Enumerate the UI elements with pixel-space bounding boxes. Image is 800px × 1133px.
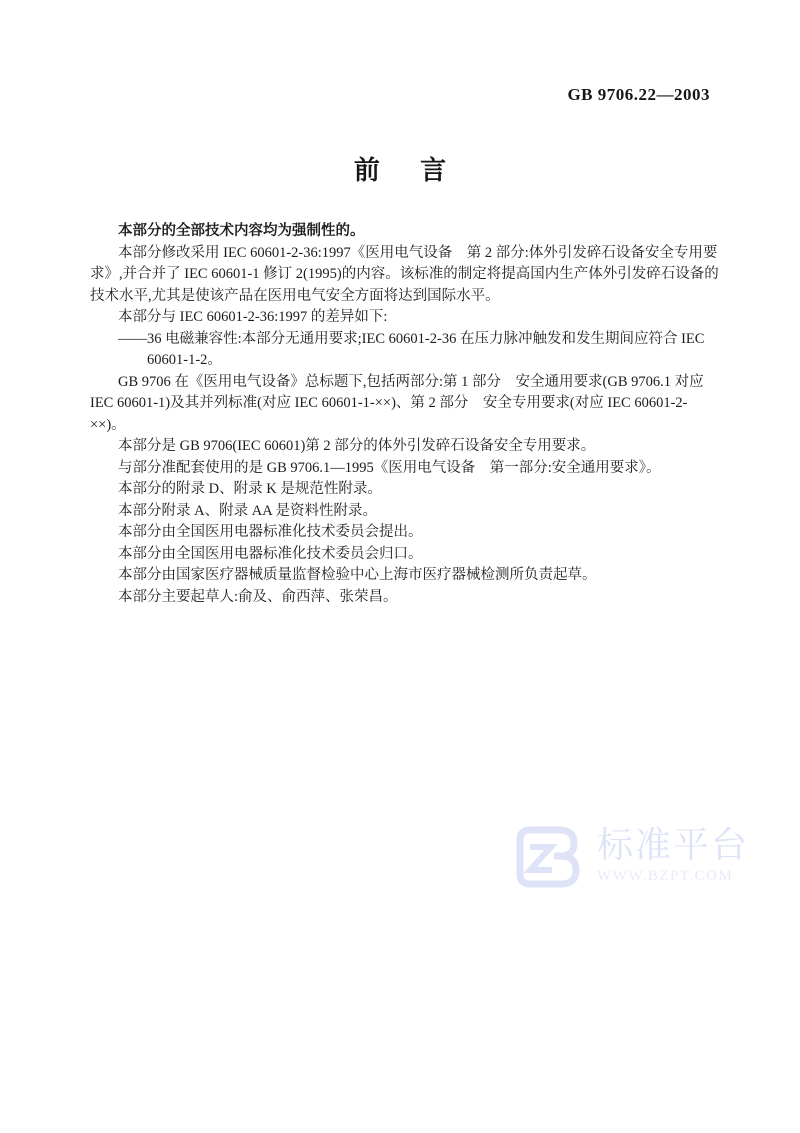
body-line: 本部分是 GB 9706(IEC 60601)第 2 部分的体外引发碎石设备安全… (90, 436, 712, 458)
watermark: 标准平台 WWW.BZPT.COM (514, 825, 749, 889)
body-line: 本部分的附录 D、附录 K 是规范性附录。 (90, 479, 712, 501)
watermark-text-block: 标准平台 WWW.BZPT.COM (597, 825, 749, 885)
body-line: 本部分的全部技术内容均为强制性的。 (90, 221, 712, 243)
bzpt-logo-icon (514, 825, 590, 889)
foreword-body: 本部分的全部技术内容均为强制性的。 本部分修改采用 IEC 60601-2-36… (90, 221, 712, 608)
body-line: GB 9706 在《医用电气设备》总标题下,包括两部分:第 1 部分 安全通用要… (90, 372, 712, 394)
body-line: 本部分由全国医用电器标准化技术委员会归口。 (90, 544, 712, 566)
body-line: 与部分准配套使用的是 GB 9706.1—1995《医用电气设备 第一部分:安全… (90, 458, 712, 480)
body-line: IEC 60601-1)及其并列标准(对应 IEC 60601-1-××)、第 … (90, 393, 712, 415)
body-line: 本部分由全国医用电器标准化技术委员会提出。 (90, 522, 712, 544)
body-line: 技术水平,尤其是使该产品在医用电气安全方面将达到国际水平。 (90, 286, 712, 308)
body-line: ——36 电磁兼容性:本部分无通用要求;IEC 60601-2-36 在压力脉冲… (90, 329, 712, 351)
document-page: GB 9706.22—2003 前言 本部分的全部技术内容均为强制性的。 本部分… (0, 0, 800, 1133)
body-line: ××)。 (90, 415, 712, 437)
body-line: 本部分由国家医疗器械质量监督检验中心上海市医疗器械检测所负责起草。 (90, 565, 712, 587)
body-line: 本部分修改采用 IEC 60601-2-36:1997《医用电气设备 第 2 部… (90, 243, 712, 265)
standard-number: GB 9706.22—2003 (567, 85, 710, 105)
body-line: 60601-1-2。 (90, 350, 712, 372)
watermark-url-text: WWW.BZPT.COM (597, 868, 749, 885)
body-line: 求》,并合并了 IEC 60601-1 修订 2(1995)的内容。该标准的制定… (90, 264, 712, 286)
watermark-brand-text: 标准平台 (597, 825, 749, 865)
body-line: 本部分主要起草人:俞及、俞西萍、张荣昌。 (90, 587, 712, 609)
page-title: 前言 (0, 150, 800, 187)
body-line: 本部分附录 A、附录 AA 是资料性附录。 (90, 501, 712, 523)
body-line: 本部分与 IEC 60601-2-36:1997 的差异如下: (90, 307, 712, 329)
